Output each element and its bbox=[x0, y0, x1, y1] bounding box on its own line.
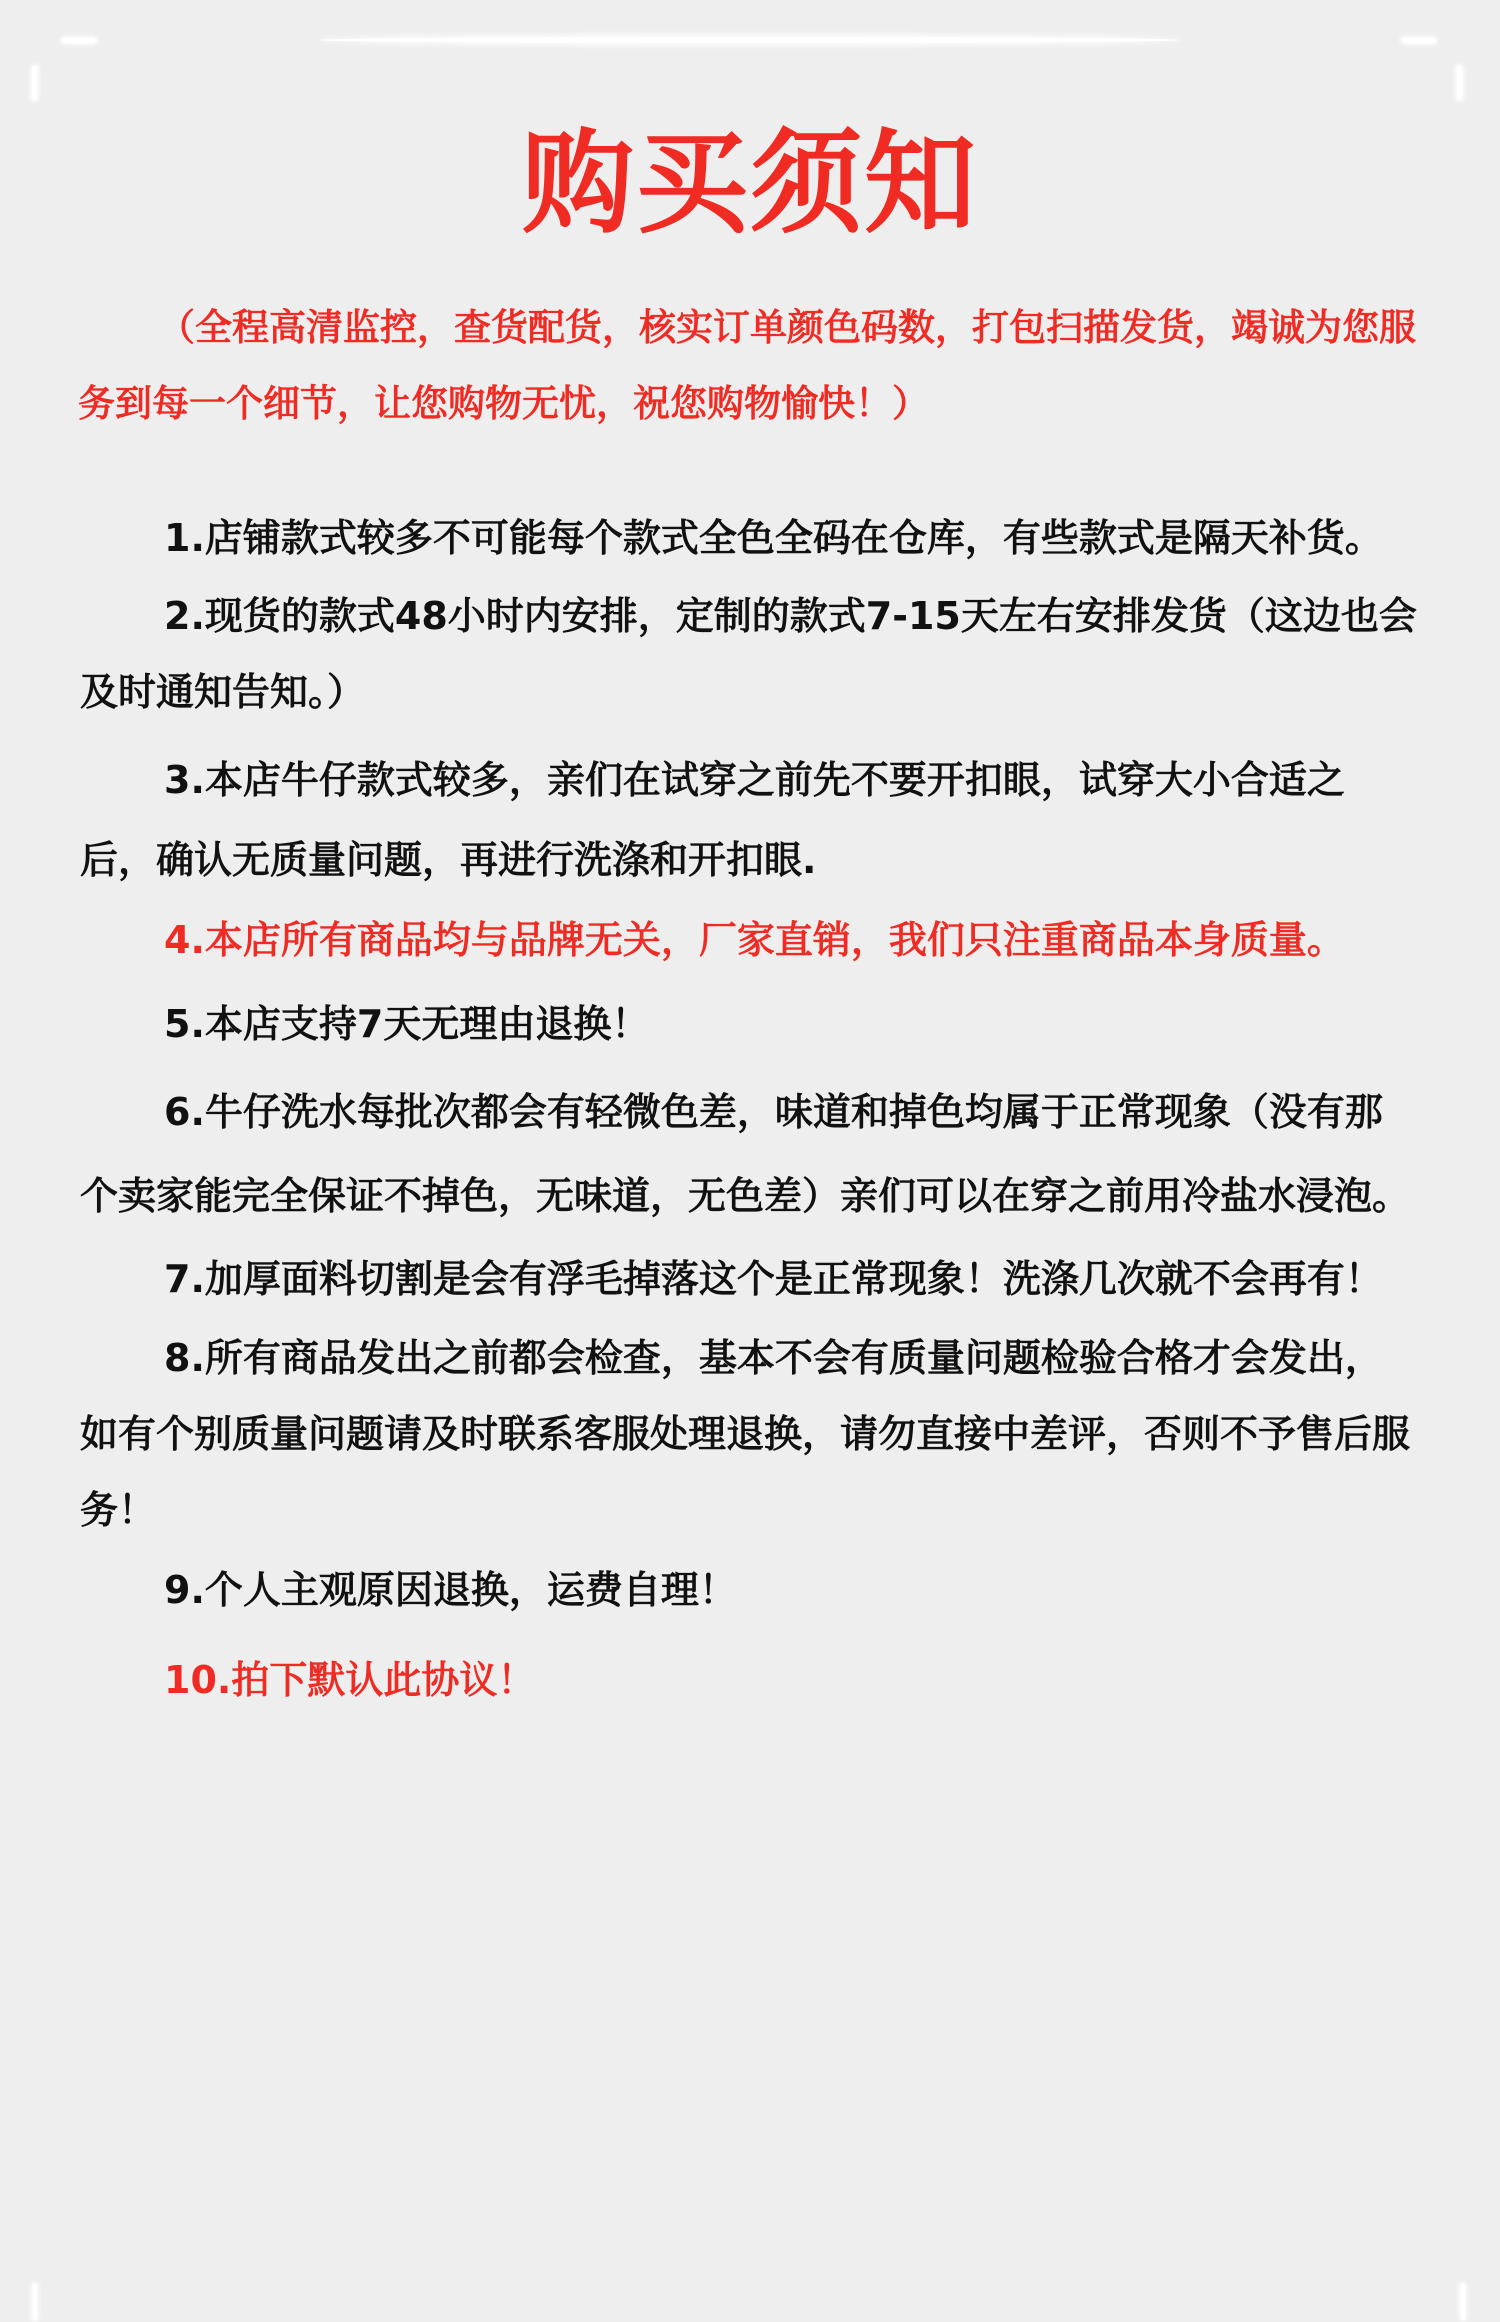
page-title: 购买须知 bbox=[0, 118, 1500, 250]
notice-item-9: 9.个人主观原因退换，运费自理！ bbox=[80, 1552, 1420, 1628]
notice-item-6: 6.牛仔洗水每批次都会有轻微色差，味道和掉色均属于正常现象（没有那个卖家能完全保… bbox=[80, 1070, 1420, 1238]
notice-item-4: 4.本店所有商品均与品牌无关，厂家直销，我们只注重商品本身质量。 bbox=[80, 914, 1420, 966]
notice-item-5: 5.本店支持7天无理由退换！ bbox=[80, 986, 1420, 1062]
corner-highlight-top-left-vertical bbox=[32, 66, 37, 100]
notice-item-3: 3.本店牛仔款式较多，亲们在试穿之前先不要开扣眼，试穿大小合适之后，确认无质量问… bbox=[80, 740, 1420, 900]
notice-item-8: 8.所有商品发出之前都会检查，基本不会有质量问题检验合格才会发出，如有个别质量问… bbox=[80, 1320, 1420, 1548]
corner-highlight-top-right-vertical bbox=[1457, 66, 1462, 100]
notice-item-2: 2.现货的款式48小时内安排，定制的款式7-15天左右安排发货（这边也会及时通知… bbox=[80, 578, 1420, 730]
notice-item-10: 10.拍下默认此协议！ bbox=[80, 1642, 1420, 1718]
corner-highlight-bottom-left-vertical bbox=[33, 2284, 37, 2320]
service-promise-subtitle: （全程高清监控，查货配货，核实订单颜色码数，打包扫描发货，竭诚为您服务到每一个细… bbox=[78, 290, 1418, 442]
top-highlight-decoration bbox=[320, 37, 1180, 43]
corner-highlight-top-left-horizontal bbox=[62, 38, 96, 43]
notice-item-1: 1.店铺款式较多不可能每个款式全色全码在仓库，有些款式是隔天补货。 bbox=[80, 500, 1420, 576]
corner-highlight-bottom-right-vertical bbox=[1461, 2284, 1465, 2320]
corner-highlight-top-right-horizontal bbox=[1402, 38, 1436, 43]
notice-item-7: 7.加厚面料切割是会有浮毛掉落这个是正常现象！洗涤几次就不会再有！ bbox=[80, 1238, 1420, 1320]
notice-list: 1.店铺款式较多不可能每个款式全色全码在仓库，有些款式是隔天补货。 2.现货的款… bbox=[80, 500, 1420, 1718]
